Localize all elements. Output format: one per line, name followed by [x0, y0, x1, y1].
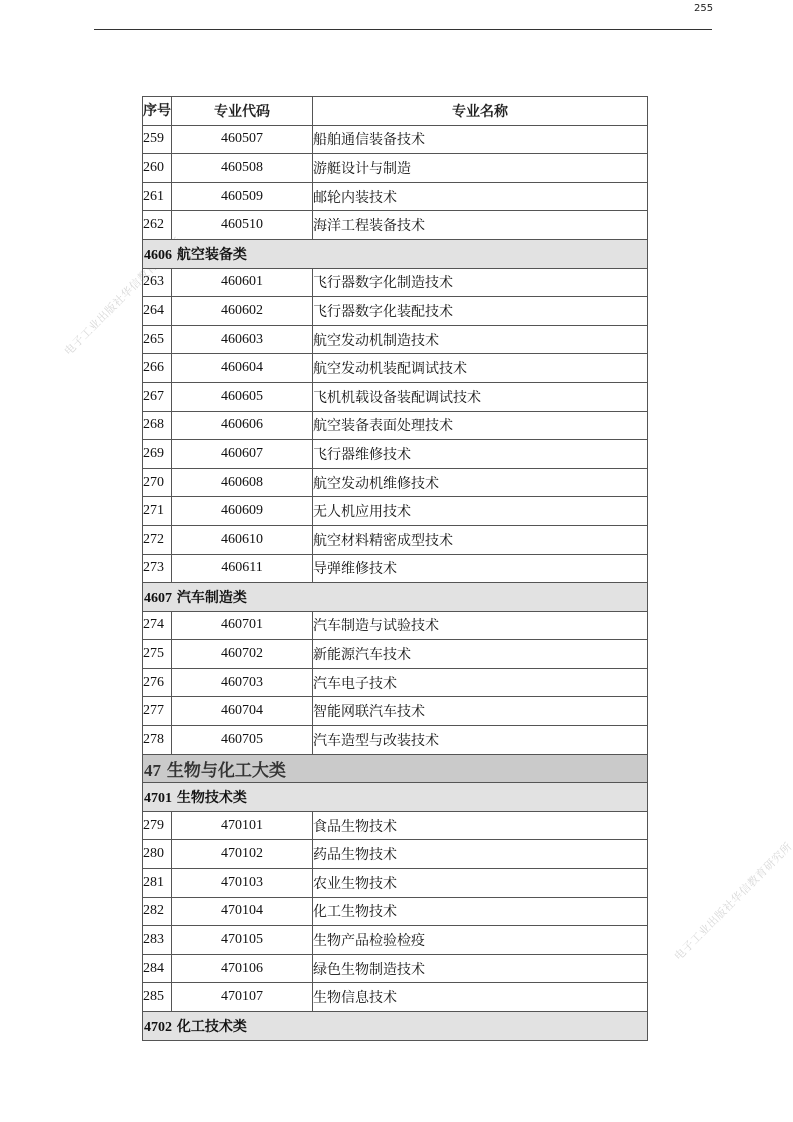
table-row: 280470102药品生物技术 — [143, 840, 648, 869]
code-cell: 460606 — [172, 411, 313, 440]
name-cell: 飞行器数字化制造技术 — [313, 268, 648, 297]
header-seq: 序号 — [143, 97, 172, 126]
code-cell: 470101 — [172, 811, 313, 840]
name-cell: 生物产品检验检疫 — [313, 926, 648, 955]
code-cell: 470105 — [172, 926, 313, 955]
name-cell: 农业生物技术 — [313, 869, 648, 898]
seq-cell: 260 — [143, 154, 172, 183]
table-row: 279470101食品生物技术 — [143, 811, 648, 840]
name-cell: 航空发动机制造技术 — [313, 325, 648, 354]
name-cell: 航空装备表面处理技术 — [313, 411, 648, 440]
name-cell: 生物信息技术 — [313, 983, 648, 1012]
table-row: 276460703汽车电子技术 — [143, 668, 648, 697]
table-row: 284470106绿色生物制造技术 — [143, 954, 648, 983]
table-row: 270460608航空发动机维修技术 — [143, 468, 648, 497]
code-cell: 460603 — [172, 325, 313, 354]
code-cell: 470107 — [172, 983, 313, 1012]
name-cell: 汽车造型与改装技术 — [313, 726, 648, 755]
code-cell: 460608 — [172, 468, 313, 497]
code-cell: 460509 — [172, 182, 313, 211]
code-cell: 460508 — [172, 154, 313, 183]
code-cell: 470102 — [172, 840, 313, 869]
category-cell: 4606 航空装备类 — [143, 239, 648, 268]
seq-cell: 282 — [143, 897, 172, 926]
table-row: 268460606航空装备表面处理技术 — [143, 411, 648, 440]
seq-cell: 280 — [143, 840, 172, 869]
table-row: 282470104化工生物技术 — [143, 897, 648, 926]
name-cell: 海洋工程装备技术 — [313, 211, 648, 240]
table-row: 262460510海洋工程装备技术 — [143, 211, 648, 240]
name-cell: 游艇设计与制造 — [313, 154, 648, 183]
category-row: 4702 化工技术类 — [143, 1012, 648, 1041]
name-cell: 无人机应用技术 — [313, 497, 648, 526]
category-code: 4702 — [144, 1020, 172, 1035]
category-code: 4607 — [144, 591, 172, 606]
seq-cell: 279 — [143, 811, 172, 840]
seq-cell: 283 — [143, 926, 172, 955]
code-cell: 460605 — [172, 382, 313, 411]
name-cell: 化工生物技术 — [313, 897, 648, 926]
table-row: 278460705汽车造型与改装技术 — [143, 726, 648, 755]
code-cell: 460702 — [172, 640, 313, 669]
table-row: 271460609无人机应用技术 — [143, 497, 648, 526]
category-name: 生物技术类 — [177, 790, 247, 806]
code-cell: 460609 — [172, 497, 313, 526]
table-row: 267460605飞机机载设备装配调试技术 — [143, 382, 648, 411]
category-code: 4606 — [144, 248, 172, 263]
code-cell: 460701 — [172, 611, 313, 640]
seq-cell: 259 — [143, 125, 172, 154]
code-cell: 460604 — [172, 354, 313, 383]
major-category-row: 47 生物与化工大类 — [143, 754, 648, 783]
category-name: 汽车制造类 — [177, 590, 247, 606]
seq-cell: 270 — [143, 468, 172, 497]
table-row: 260460508游艇设计与制造 — [143, 154, 648, 183]
header-rule — [94, 29, 712, 30]
code-cell: 460705 — [172, 726, 313, 755]
table-row: 273460611导弹维修技术 — [143, 554, 648, 583]
code-cell: 460607 — [172, 440, 313, 469]
seq-cell: 266 — [143, 354, 172, 383]
category-cell: 4607 汽车制造类 — [143, 583, 648, 612]
header-name: 专业名称 — [313, 97, 648, 126]
major-catalog-table: 序号 专业代码 专业名称 259460507船舶通信装备技术260460508游… — [142, 96, 648, 1041]
name-cell: 飞机机载设备装配调试技术 — [313, 382, 648, 411]
code-cell: 460510 — [172, 211, 313, 240]
category-row: 4606 航空装备类 — [143, 239, 648, 268]
code-cell: 460601 — [172, 268, 313, 297]
code-cell: 460611 — [172, 554, 313, 583]
table-row: 263460601飞行器数字化制造技术 — [143, 268, 648, 297]
name-cell: 药品生物技术 — [313, 840, 648, 869]
name-cell: 汽车电子技术 — [313, 668, 648, 697]
category-cell: 4701 生物技术类 — [143, 783, 648, 812]
page-number: 255 — [694, 3, 713, 14]
header-code: 专业代码 — [172, 97, 313, 126]
table-row: 285470107生物信息技术 — [143, 983, 648, 1012]
seq-cell: 268 — [143, 411, 172, 440]
seq-cell: 267 — [143, 382, 172, 411]
code-cell: 460602 — [172, 297, 313, 326]
table-row: 275460702新能源汽车技术 — [143, 640, 648, 669]
code-cell: 470104 — [172, 897, 313, 926]
table-header-row: 序号 专业代码 专业名称 — [143, 97, 648, 126]
seq-cell: 281 — [143, 869, 172, 898]
category-row: 4701 生物技术类 — [143, 783, 648, 812]
name-cell: 新能源汽车技术 — [313, 640, 648, 669]
seq-cell: 277 — [143, 697, 172, 726]
seq-cell: 284 — [143, 954, 172, 983]
category-name: 航空装备类 — [177, 247, 247, 263]
seq-cell: 274 — [143, 611, 172, 640]
seq-cell: 263 — [143, 268, 172, 297]
table-row: 269460607飞行器维修技术 — [143, 440, 648, 469]
name-cell: 船舶通信装备技术 — [313, 125, 648, 154]
seq-cell: 264 — [143, 297, 172, 326]
table-row: 272460610航空材料精密成型技术 — [143, 525, 648, 554]
name-cell: 航空发动机维修技术 — [313, 468, 648, 497]
seq-cell: 276 — [143, 668, 172, 697]
category-cell: 47 生物与化工大类 — [143, 754, 648, 783]
code-cell: 470106 — [172, 954, 313, 983]
category-code: 4701 — [144, 791, 172, 806]
table-row: 283470105生物产品检验检疫 — [143, 926, 648, 955]
seq-cell: 278 — [143, 726, 172, 755]
code-cell: 460610 — [172, 525, 313, 554]
name-cell: 飞行器维修技术 — [313, 440, 648, 469]
table-row: 274460701汽车制造与试验技术 — [143, 611, 648, 640]
name-cell: 智能网联汽车技术 — [313, 697, 648, 726]
table-row: 266460604航空发动机装配调试技术 — [143, 354, 648, 383]
seq-cell: 275 — [143, 640, 172, 669]
seq-cell: 272 — [143, 525, 172, 554]
table-body: 259460507船舶通信装备技术260460508游艇设计与制造2614605… — [143, 125, 648, 1040]
code-cell: 460507 — [172, 125, 313, 154]
code-cell: 470103 — [172, 869, 313, 898]
category-cell: 4702 化工技术类 — [143, 1012, 648, 1041]
table-row: 261460509邮轮内装技术 — [143, 182, 648, 211]
seq-cell: 271 — [143, 497, 172, 526]
table-row: 277460704智能网联汽车技术 — [143, 697, 648, 726]
name-cell: 汽车制造与试验技术 — [313, 611, 648, 640]
name-cell: 飞行器数字化装配技术 — [313, 297, 648, 326]
seq-cell: 265 — [143, 325, 172, 354]
category-row: 4607 汽车制造类 — [143, 583, 648, 612]
seq-cell: 273 — [143, 554, 172, 583]
name-cell: 食品生物技术 — [313, 811, 648, 840]
table-row: 264460602飞行器数字化装配技术 — [143, 297, 648, 326]
name-cell: 绿色生物制造技术 — [313, 954, 648, 983]
table-row: 265460603航空发动机制造技术 — [143, 325, 648, 354]
name-cell: 导弹维修技术 — [313, 554, 648, 583]
seq-cell: 269 — [143, 440, 172, 469]
code-cell: 460703 — [172, 668, 313, 697]
seq-cell: 261 — [143, 182, 172, 211]
watermark: 电子工业出版社华信教育研究所 — [670, 838, 793, 963]
name-cell: 航空发动机装配调试技术 — [313, 354, 648, 383]
name-cell: 航空材料精密成型技术 — [313, 525, 648, 554]
table-row: 259460507船舶通信装备技术 — [143, 125, 648, 154]
category-code: 47 — [144, 761, 161, 780]
table-row: 281470103农业生物技术 — [143, 869, 648, 898]
seq-cell: 285 — [143, 983, 172, 1012]
category-name: 化工技术类 — [177, 1019, 247, 1035]
name-cell: 邮轮内装技术 — [313, 182, 648, 211]
category-name: 生物与化工大类 — [167, 761, 286, 781]
seq-cell: 262 — [143, 211, 172, 240]
code-cell: 460704 — [172, 697, 313, 726]
